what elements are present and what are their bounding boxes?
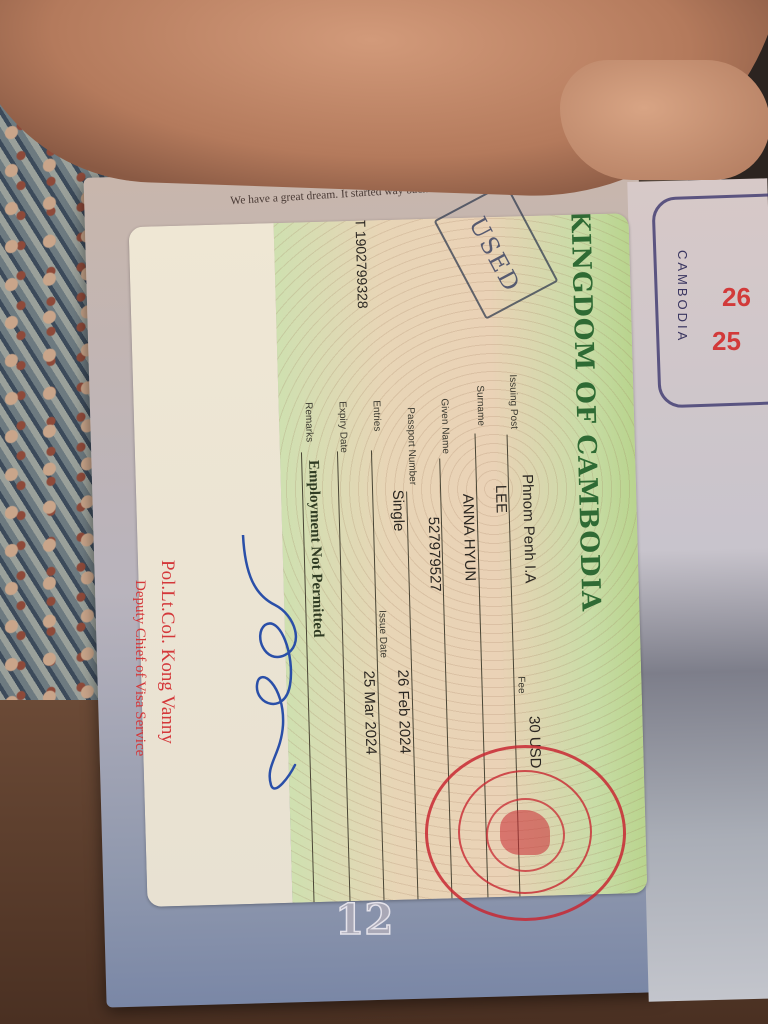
page-number: 12 — [335, 895, 393, 944]
label-remarks: Remarks — [303, 402, 315, 442]
officer-signature — [235, 535, 315, 815]
value-passport-number: 527979527 — [425, 516, 444, 592]
value-issuing-post: Phnom Penh I.A — [519, 474, 539, 584]
used-overstamp-text: USED — [463, 212, 526, 297]
value-surname: LEE — [492, 485, 510, 514]
entry-stamp-country: CAMBODIA — [675, 250, 690, 343]
label-entries: Entries — [371, 400, 383, 431]
label-fee: Fee — [515, 676, 526, 694]
label-issuing-post: Issuing Post — [507, 374, 520, 429]
value-entries: Single — [389, 489, 407, 531]
thumb — [560, 60, 768, 180]
visa-serial-number: T 1902799328 — [352, 218, 371, 308]
officer-title: Deputy Chief of Visa Service — [131, 580, 148, 756]
entry-stamp-date-1: 26 — [722, 282, 751, 313]
label-expiry-date: Expiry Date — [337, 401, 349, 453]
label-given-name: Given Name — [439, 398, 452, 454]
value-expiry-date: 25 Mar 2024 — [360, 670, 379, 755]
official-seal — [425, 745, 626, 921]
entry-stamp-date-2: 25 — [712, 326, 741, 357]
label-surname: Surname — [474, 385, 486, 426]
label-issue-date: Issue Date — [376, 610, 388, 658]
seal-emblem-icon — [500, 810, 550, 855]
label-passport-number: Passport Number — [405, 407, 418, 485]
officer-name: Pol.Lt.Col. Kong Vanny — [156, 560, 178, 744]
value-given-name: ANNA HYUN — [459, 494, 478, 582]
value-issue-date: 26 Feb 2024 — [394, 669, 413, 754]
